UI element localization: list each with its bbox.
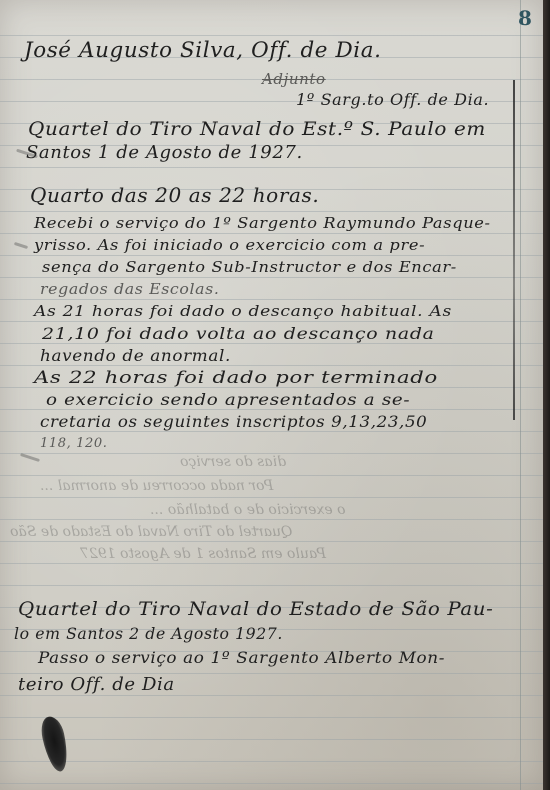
bleed-through-text: o exercicio de o batalhão ... [150,502,345,518]
bleed-through-text: Por nada occorreu de anormal ... [40,478,273,494]
entry-1-body-line: o exercicio sendo apresentados a se- [46,390,410,409]
entry-1-heading-line-2: Santos 1 de Agosto de 1927. [26,142,303,163]
entry-1-body-line: cretaria os seguintes inscriptos 9,13,23… [40,412,427,431]
entry-1-body-line: Recebi o serviço do 1º Sargento Raymundo… [34,214,491,232]
bleed-through-text: Paulo em Santos 1 de Agosto 1927 [80,546,326,562]
officer-rank: 1º Sarg.to Off. de Dia. [296,90,489,109]
entry-1-body-line: 21,10 foi dado volta ao descanço nada [42,324,435,343]
entry-1-body-line: sença do Sargento Sub-Instructor e dos E… [42,258,457,276]
entry-2-body-line: Passo o serviço ao 1º Sargento Alberto M… [38,648,445,667]
entry-1-heading-line-1: Quartel do Tiro Naval do Est.º S. Paulo … [28,118,486,140]
entry-1-body-line: havendo de anormal. [40,346,231,365]
entry-2-heading-line-2: lo em Santos 2 de Agosto 1927. [14,624,283,643]
manuscript-page: 8 Por nada occorreu de anormal ... o exe… [0,0,543,790]
book-edge [543,0,550,790]
ink-margin-stroke [513,80,515,420]
entry-1-shift: Quarto das 20 as 22 horas. [30,183,319,207]
bleed-through-text: Quartel do Tiro Naval do Estado de São [10,524,293,540]
crossed-out-word: Adjunto [262,70,326,88]
entry-1-body-line: As 21 horas foi dado o descanço habitual… [34,302,452,320]
entry-2-body-line: teiro Off. de Dia [18,674,175,695]
page-number: 8 [518,6,532,30]
entry-1-body-line: yrisso. As foi iniciado o exercicio com … [34,236,425,254]
entry-2-heading-line-1: Quartel do Tiro Naval do Estado de São P… [18,598,493,620]
entry-1-body-line: regados das Escolas. [40,280,220,298]
officer-signature: José Augusto Silva, Off. de Dia. [24,38,382,62]
entry-1-body-line: As 22 horas foi dado por terminado [34,368,438,388]
margin-rule [520,0,521,790]
entry-1-body-line: 118, 120. [40,436,107,451]
bleed-through-text: dias do serviço [180,454,286,470]
